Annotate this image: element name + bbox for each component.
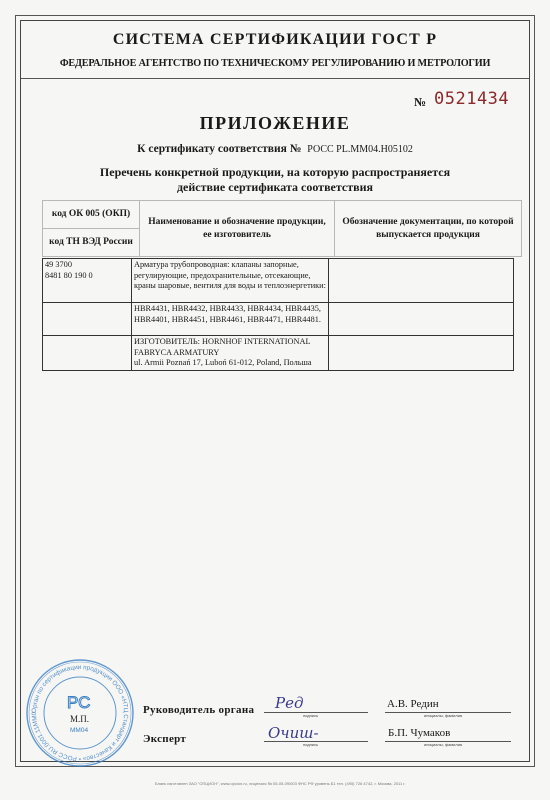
list-title-line2: действие сертификата соответствия — [0, 180, 550, 195]
number-sign: № — [414, 95, 426, 110]
list-title: Перечень конкретной продукции, на котору… — [0, 165, 550, 195]
head-signature: Ред — [275, 694, 303, 712]
agency-name: ФЕДЕРАЛЬНОЕ АГЕНТСТВО ПО ТЕХНИЧЕСКОМУ РЕ… — [21, 58, 529, 69]
header-block: СИСТЕМА СЕРТИФИКАЦИИ ГОСТ Р ФЕДЕРАЛЬНОЕ … — [21, 21, 529, 79]
codes-cell: 49 3700 8481 80 190 0 — [43, 259, 132, 303]
table-row: HBR4431, HBR4432, HBR4433, HBR4434, HBR4… — [43, 303, 514, 336]
head-of-body-label: Руководитель органа — [143, 704, 254, 716]
codes-cell — [43, 303, 132, 336]
manufacturer-address: ul. Armii Poznań 17, Luboń 61-012, Polan… — [134, 358, 326, 369]
form-number: 0521434 — [434, 89, 509, 109]
stamp-logo: РС — [67, 693, 90, 712]
expert-label: Эксперт — [143, 733, 186, 745]
products-table: 49 3700 8481 80 190 0 Арматура трубопров… — [42, 258, 514, 371]
header-documentation: Обозначение документации, по которой вып… — [335, 201, 522, 257]
column-header-table: код ОК 005 (ОКП) Наименование и обозначе… — [42, 200, 522, 257]
expert-sig-caption: подпись — [303, 742, 318, 747]
footer-fine-print: Бланк изготовлен ЗАО "ОПЦИОН", www.opcio… — [155, 781, 405, 786]
documentation-cell — [329, 259, 514, 303]
document-title: ПРИЛОЖЕНИЕ — [0, 113, 550, 134]
system-title: СИСТЕМА СЕРТИФИКАЦИИ ГОСТ Р — [21, 31, 529, 49]
head-name: А.В. Редин — [387, 698, 439, 710]
expert-signature: Очиш- — [268, 724, 319, 742]
head-sig-caption: подпись — [303, 713, 318, 718]
documentation-cell — [329, 336, 514, 371]
list-title-line1: Перечень конкретной продукции, на котору… — [0, 165, 550, 180]
documentation-cell — [329, 303, 514, 336]
tnved-code: 8481 80 190 0 — [45, 271, 129, 282]
manufacturer-cell: ИЗГОТОВИТЕЛЬ: HORNHOF INTERNATIONAL FABR… — [132, 336, 329, 371]
table-row: 49 3700 8481 80 190 0 Арматура трубопров… — [43, 259, 514, 303]
manufacturer-name: ИЗГОТОВИТЕЛЬ: HORNHOF INTERNATIONAL FABR… — [134, 337, 326, 358]
table-row: ИЗГОТОВИТЕЛЬ: HORNHOF INTERNATIONAL FABR… — [43, 336, 514, 371]
certificate-number: РОСС PL.ММ04.Н05102 — [307, 144, 413, 155]
expert-name: Б.П. Чумаков — [388, 727, 450, 739]
okp-code: 49 3700 — [45, 260, 129, 271]
certificate-label: К сертификату соответствия № — [137, 143, 301, 155]
head-name-caption: инициалы, фамилия — [424, 713, 462, 718]
stamp-mp: М.П. — [70, 714, 89, 724]
expert-name-caption: инициалы, фамилия — [424, 742, 462, 747]
header-okp-code: код ОК 005 (ОКП) — [43, 201, 140, 229]
stamp-code: ММ04 — [70, 727, 88, 734]
codes-cell — [43, 336, 132, 371]
product-models: HBR4431, HBR4432, HBR4433, HBR4434, HBR4… — [132, 303, 329, 336]
certification-stamp-icon: Орган по сертификации продукции ООО «НТЦ… — [25, 658, 135, 768]
header-product-name: Наименование и обозначение продукции, ее… — [140, 201, 335, 257]
certificate-reference: К сертификату соответствия №РОСС PL.ММ04… — [0, 143, 550, 155]
header-tnved-code: код ТН ВЭД России — [43, 229, 140, 257]
product-description: Арматура трубопроводная: клапаны запорны… — [132, 259, 329, 303]
